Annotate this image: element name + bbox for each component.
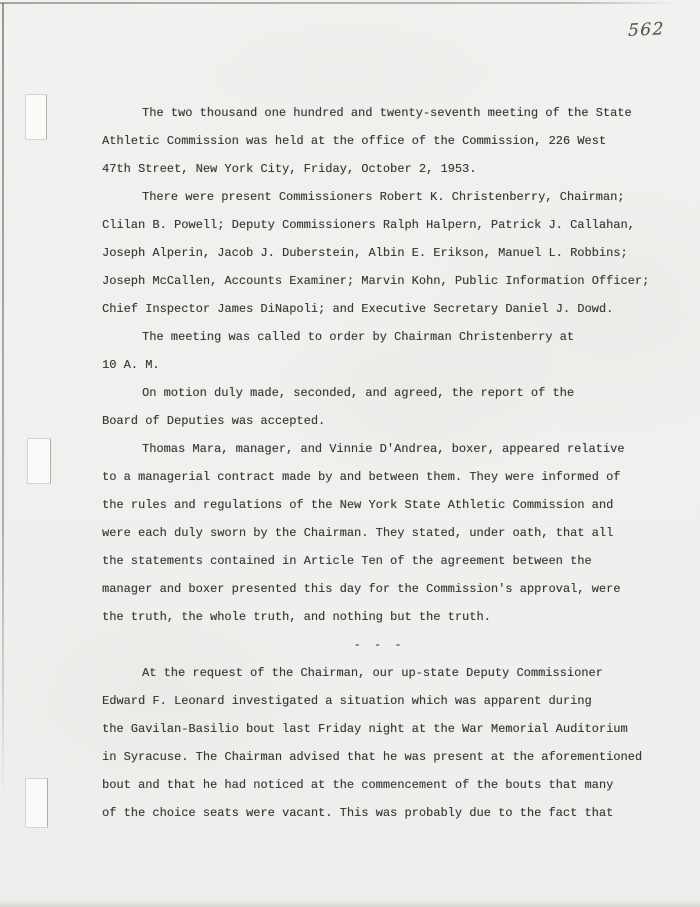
text-line: On motion duly made, seconded, and agree… — [102, 379, 670, 407]
text-line: Athletic Commission was held at the offi… — [102, 127, 670, 155]
paragraph-mara-dandrea: Thomas Mara, manager, and Vinnie D'Andre… — [102, 435, 670, 631]
text-line: 47th Street, New York City, Friday, Octo… — [102, 155, 670, 183]
text-line: of the choice seats were vacant. This wa… — [102, 799, 670, 827]
text-line: There were present Commissioners Robert … — [102, 183, 670, 211]
text-line: The two thousand one hundred and twenty-… — [102, 99, 670, 127]
text-line: bout and that he had noticed at the comm… — [102, 771, 670, 799]
paragraph-meeting-opening: The two thousand one hundred and twenty-… — [102, 99, 670, 183]
text-line: 10 A. M. — [102, 351, 670, 379]
text-line: Chief Inspector James DiNapoli; and Exec… — [102, 295, 670, 323]
text-line: the truth, the whole truth, and nothing … — [102, 603, 670, 631]
document-body: The two thousand one hundred and twenty-… — [102, 99, 670, 827]
paragraph-attendees: There were present Commissioners Robert … — [102, 183, 670, 323]
paragraph-board-report: On motion duly made, seconded, and agree… — [102, 379, 670, 435]
text-line: Board of Deputies was accepted. — [102, 407, 670, 435]
text-line: to a managerial contract made by and bet… — [102, 463, 670, 491]
text-line: Thomas Mara, manager, and Vinnie D'Andre… — [102, 435, 670, 463]
text-line: manager and boxer presented this day for… — [102, 575, 670, 603]
text-line: the rules and regulations of the New Yor… — [102, 491, 670, 519]
text-line: Edward F. Leonard investigated a situati… — [102, 687, 670, 715]
punch-hole-mark — [25, 94, 47, 140]
text-line: Joseph Alperin, Jacob J. Duberstein, Alb… — [102, 239, 670, 267]
paragraph-called-to-order: The meeting was called to order by Chair… — [102, 323, 670, 379]
text-line: At the request of the Chairman, our up-s… — [102, 659, 670, 687]
text-line: The meeting was called to order by Chair… — [102, 323, 670, 351]
punch-hole-mark — [25, 778, 48, 828]
page-edge-left — [2, 3, 4, 803]
text-line: were each duly sworn by the Chairman. Th… — [102, 519, 670, 547]
handwritten-page-number: 562 — [628, 19, 665, 41]
text-line: in Syracuse. The Chairman advised that h… — [102, 743, 670, 771]
text-line: Clilan B. Powell; Deputy Commissioners R… — [102, 211, 670, 239]
paragraph-syracuse-bout: At the request of the Chairman, our up-s… — [102, 659, 670, 827]
text-line: the Gavilan-Basilio bout last Friday nig… — [102, 715, 670, 743]
text-line: the statements contained in Article Ten … — [102, 547, 670, 575]
page-edge-bottom-shadow — [0, 900, 700, 907]
section-separator-dashes: - - - — [102, 631, 656, 659]
text-line: Joseph McCallen, Accounts Examiner; Marv… — [102, 267, 670, 295]
page-edge-top — [0, 2, 676, 4]
punch-hole-mark — [27, 438, 51, 484]
